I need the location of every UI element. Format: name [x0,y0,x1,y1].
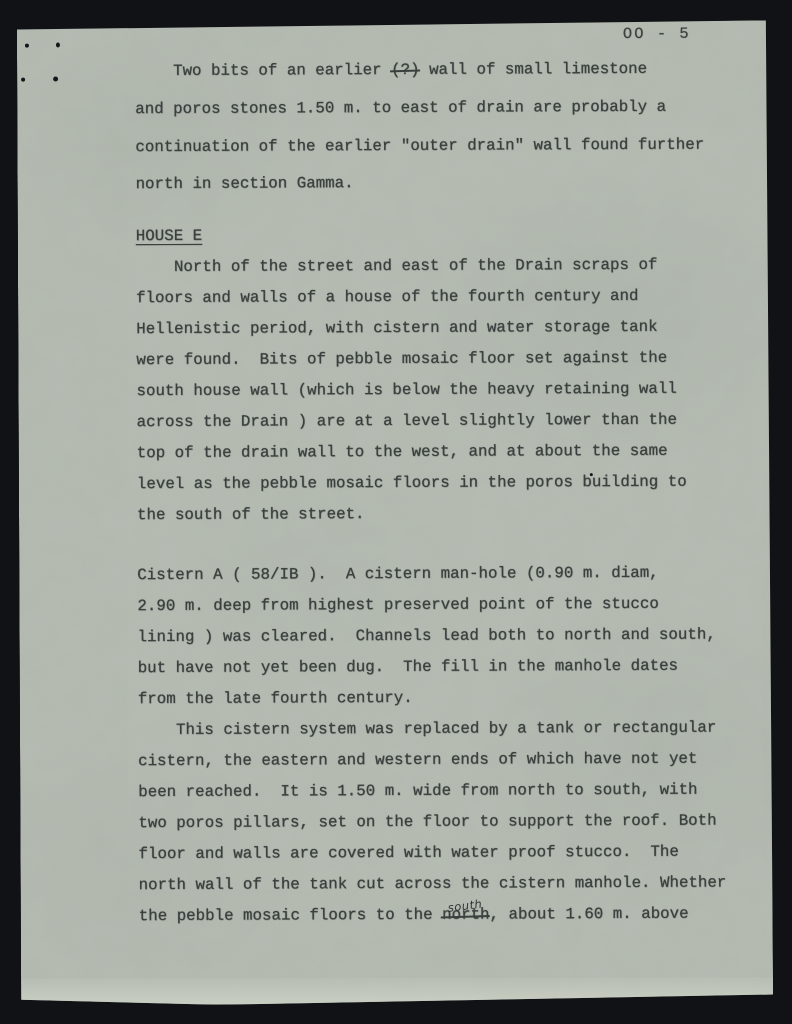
typed-line: from the late fourth century. [138,682,724,716]
paper-speck [53,76,58,81]
typed-line: the south of the street. [137,498,723,532]
typed-line: floors and walls of a house of the fourt… [136,281,722,315]
typed-text: lining ) was cleared. Channels lead both… [138,626,716,647]
scanned-page-background: OO - 5 Two bits of an earlier (?) wall o… [0,0,792,1024]
typed-line: Cistern A ( 58/IB ). A cistern man-hole … [137,558,723,592]
typed-line: level as the pebble mosaic floors in the… [137,467,723,501]
typed-text: top of the drain wall to the west, and a… [137,442,668,462]
typed-line: two poros pillars, set on the floor to s… [138,806,724,840]
handwritten-correction: south [446,889,484,924]
paragraph: This cistern system was replaced by a ta… [138,713,725,933]
typed-text: north wall of the tank cut across the ci… [139,874,727,895]
typed-line: HOUSE E [136,219,722,253]
typed-text: Two bits of an earlier [173,61,391,80]
typed-text: from the late fourth century. [138,689,413,708]
paper-sheet: OO - 5 Two bits of an earlier (?) wall o… [17,20,773,1005]
typed-line: Two bits of an earlier (?) wall of small… [135,51,721,91]
typed-text: floor and walls are covered with water p… [138,843,678,863]
typed-line: and poros stones 1.50 m. to east of drai… [135,88,721,128]
page-number: OO - 5 [623,25,691,43]
typed-line: continuation of the earlier "outer drain… [135,126,721,166]
typed-text: the south of the street. [137,505,365,524]
typed-text: floors and walls of a house of the fourt… [136,287,639,307]
typed-line: across the Drain ) are at a level slight… [137,405,723,439]
typed-text: and poros stones 1.50 m. to east of drai… [135,98,666,118]
typed-line: north in section Gamma. [135,164,721,204]
struck-through-text: (?) [391,61,420,79]
paper-speck [56,42,60,47]
typed-line: lining ) was cleared. Channels lead both… [137,620,723,654]
typed-line: been reached. It is 1.50 m. wide from no… [138,775,724,809]
typed-line: floor and walls are covered with water p… [138,837,724,871]
typed-line: North of the street and east of the Drai… [136,250,722,284]
section-heading: HOUSE E [136,219,722,253]
typed-text: south house wall (which is below the hea… [136,380,676,400]
paragraph: Two bits of an earlier (?) wall of small… [135,51,722,205]
typed-text: two poros pillars, set on the floor to s… [138,812,716,833]
typed-text: North of the street and east of the Drai… [174,256,658,276]
typed-line: Hellenistic period, with cistern and wat… [136,312,722,346]
typed-text: been reached. It is 1.50 m. wide from no… [138,781,697,801]
paper-speck [25,44,29,48]
underlined-heading-text: HOUSE E [136,227,202,245]
typed-text: This cistern system was replaced by a ta… [176,719,716,739]
typed-line: were found. Bits of pebble mosaic floor … [136,343,722,377]
typed-text: continuation of the earlier "outer drain… [135,135,704,155]
typed-text: wall of small limestone [420,60,648,79]
typed-line: top of the drain wall to the west, and a… [137,436,723,470]
struck-through-text: northsouth [442,906,489,924]
paper-bottom-edge [21,977,773,1004]
paragraph: Cistern A ( 58/IB ). A cistern man-hole … [137,558,724,716]
typed-line: south house wall (which is below the hea… [136,374,722,408]
paragraph: North of the street and east of the Drai… [136,250,723,532]
typed-line: north wall of the tank cut across the ci… [139,868,725,902]
typed-text: north in section Gamma. [136,175,354,194]
paper-speck [21,78,25,82]
typed-line: but have not yet been dug. The fill in t… [138,651,724,685]
typed-text: the pebble mosaic floors to the [139,906,442,925]
typed-line: the pebble mosaic floors to the northsou… [139,899,725,933]
typed-text: Cistern A ( 58/IB ). A cistern man-hole … [137,564,658,584]
typed-text: across the Drain ) are at a level slight… [137,411,677,431]
typed-text: 2.90 m. deep from highest preserved poin… [137,595,658,615]
typed-text: level as the pebble mosaic floors in the… [137,473,687,493]
document-body: Two bits of an earlier (?) wall of small… [135,51,725,933]
typed-line: cistern, the eastern and western ends of… [138,744,724,778]
typed-text: , about 1.60 m. above [489,905,688,924]
typed-text: Hellenistic period, with cistern and wat… [136,318,657,338]
typed-text: cistern, the eastern and western ends of… [138,750,697,770]
typed-text: were found. Bits of pebble mosaic floor … [136,349,667,369]
typed-line: 2.90 m. deep from highest preserved poin… [137,589,723,623]
typed-line: This cistern system was replaced by a ta… [138,713,724,747]
typed-text: but have not yet been dug. The fill in t… [138,657,678,677]
